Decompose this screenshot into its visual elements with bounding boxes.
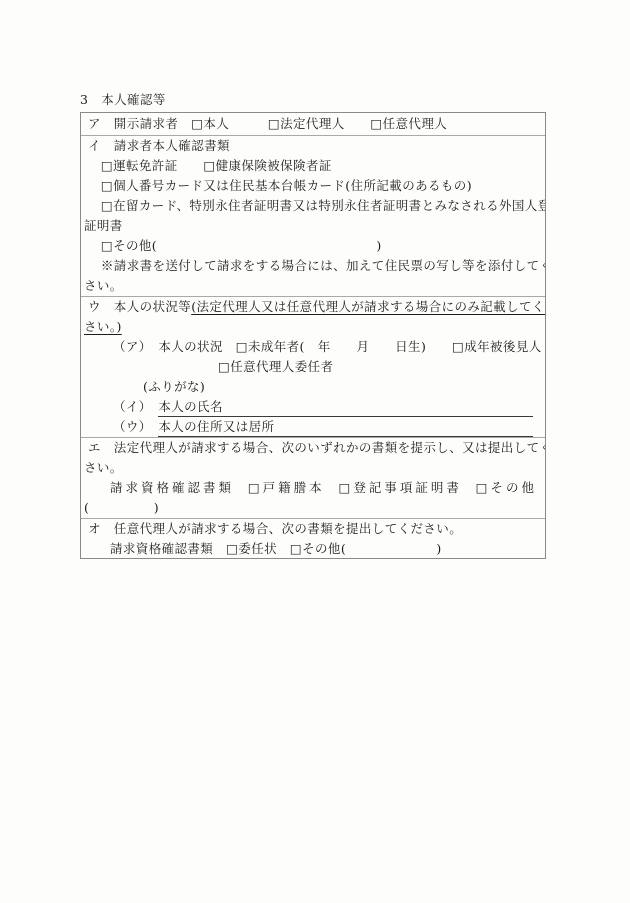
line-minor-adultward-checkboxes: （ア） 本人の状況 □未成年者( 年 月 日生) □成年被後見人	[81, 337, 545, 357]
line-mynumber-card-checkbox: □個人番号カード又は住民基本台帳カード(住所記載のあるもの)	[81, 176, 545, 196]
principal-name-blank-field: 本人の氏名	[158, 397, 533, 417]
row-identity-documents: イ 請求者本人確認書類 □運転免許証 □健康保険被保険者証 □個人番号カード又は…	[81, 135, 545, 296]
line-principal-status-note-wrap: さい。)	[81, 317, 545, 337]
line-other-qualification-blank: ( )	[81, 498, 545, 518]
line-other-document-checkbox: □その他( )	[81, 236, 545, 256]
line-mail-request-note-wrap: さい。	[81, 276, 545, 296]
line-legal-agent-heading-wrap: さい。	[81, 458, 545, 478]
line-furigana-label: (ふりがな)	[81, 377, 545, 397]
row-legal-agent-documents: エ 法定代理人が請求する場合、次のいずれかの書類を提示し、又は提出してくだ さい…	[81, 437, 545, 518]
principal-address-item-label: （ウ）	[113, 417, 158, 437]
line-requester-type-checkboxes: ア 開示請求者 □本人 □法定代理人 □任意代理人	[81, 113, 545, 135]
principal-status-heading-prefix: ウ 本人の状況等	[88, 299, 191, 314]
principal-address-blank-field: 本人の住所又は居所	[158, 417, 533, 437]
line-voluntary-agent-delegator-checkbox: □任意代理人委任者	[81, 357, 545, 377]
line-qualification-documents-checkboxes: 請求資格確認書類 □戸籍謄本 □登記事項証明書 □その他	[81, 478, 545, 498]
principal-name-item-label: （イ）	[113, 397, 158, 417]
line-voluntary-agent-heading: オ 任意代理人が請求する場合、次の書類を提出してください。	[81, 519, 545, 539]
line-principal-name-field: （イ） 本人の氏名	[81, 397, 545, 417]
row-disclosure-requester: ア 開示請求者 □本人 □法定代理人 □任意代理人	[81, 113, 545, 135]
principal-status-heading-note: (法定代理人又は任意代理人が請求する場合にのみ記載してくだ	[191, 299, 545, 314]
line-principal-status-heading: ウ 本人の状況等(法定代理人又は任意代理人が請求する場合にのみ記載してくだ	[81, 297, 545, 317]
line-power-of-attorney-checkboxes: 請求資格確認書類 □委任状 □その他( )	[81, 539, 545, 558]
section-title: 3 本人確認等	[80, 90, 166, 110]
line-license-insurance-checkboxes: □運転免許証 □健康保険被保険者証	[81, 156, 545, 176]
line-principal-address-field: （ウ） 本人の住所又は居所	[81, 417, 545, 437]
line-identity-documents-heading: イ 請求者本人確認書類	[81, 136, 545, 156]
document-page: 3 本人確認等 ア 開示請求者 □本人 □法定代理人 □任意代理人 イ 請求者本…	[0, 0, 630, 903]
row-principal-status: ウ 本人の状況等(法定代理人又は任意代理人が請求する場合にのみ記載してくだ さい…	[81, 296, 545, 437]
other-qualification-checkbox: □その他	[476, 478, 537, 498]
qualification-documents-label: 請求資格確認書類	[110, 478, 234, 498]
family-register-checkbox: □戸籍謄本	[248, 478, 325, 498]
line-legal-agent-heading: エ 法定代理人が請求する場合、次のいずれかの書類を提示し、又は提出してくだ	[81, 438, 545, 458]
line-mail-request-note: ※請求書を送付して請求をする場合には、加えて住民票の写し等を添付してくだ	[81, 256, 545, 276]
row-voluntary-agent-documents: オ 任意代理人が請求する場合、次の書類を提出してください。 請求資格確認書類 □…	[81, 518, 545, 558]
identity-verification-table: ア 開示請求者 □本人 □法定代理人 □任意代理人 イ 請求者本人確認書類 □運…	[80, 112, 546, 559]
line-residence-card-checkbox: □在留カード、特別永住者証明書又は特別永住者証明書とみなされる外国人登録	[81, 196, 545, 216]
line-residence-card-wrap: 証明書	[81, 216, 545, 236]
registration-certificate-checkbox: □登記事項証明書	[339, 478, 462, 498]
